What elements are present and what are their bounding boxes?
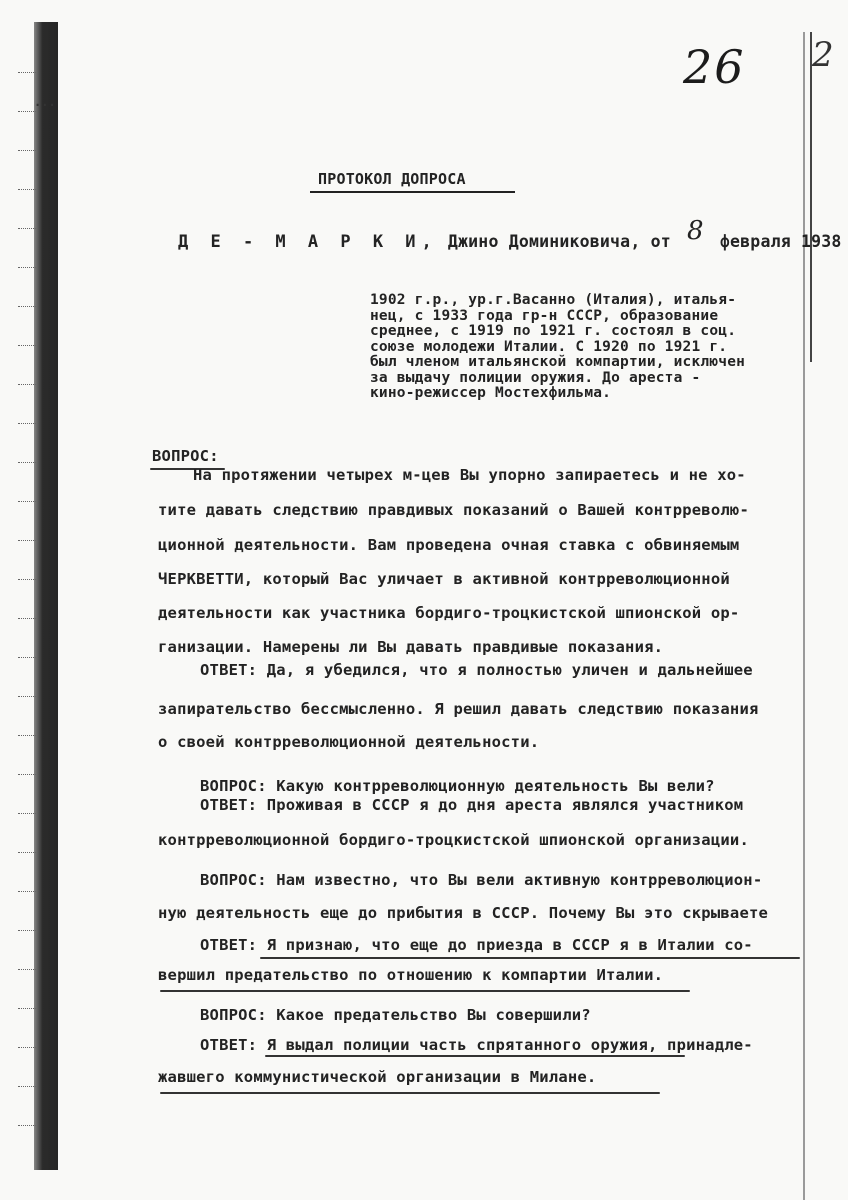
bio-line: среднее, с 1919 по 1921 г. состоял в соц… <box>370 324 736 339</box>
bio-line: был членом итальянской компартии, исключ… <box>370 355 745 370</box>
document-header: Д Е - М А Р К И, Джино Доминиковича, от … <box>178 224 848 254</box>
edge-mark: 2 <box>812 35 834 75</box>
answer-text-line: ОТВЕТ: Я признаю, что еще до приезда в С… <box>200 936 753 954</box>
bio-line: кино-режиссер Мостехфильма. <box>370 386 611 401</box>
page-edge-line <box>803 32 805 1200</box>
answer-text-line: вершил предательство по отношению к комп… <box>158 966 663 984</box>
binding-tick <box>18 930 36 932</box>
binding-tick <box>18 852 36 854</box>
binding-tick <box>18 267 36 269</box>
binding-tick <box>18 384 36 386</box>
binding-tick <box>18 345 36 347</box>
answer-text-line: контрреволюционной бордиго-троцкистской … <box>158 831 749 849</box>
answer-text-line: ОТВЕТ: Проживая в СССР я до дня ареста я… <box>200 796 743 814</box>
binding-tick <box>18 891 36 893</box>
binding-mark: ... <box>34 95 56 109</box>
binding-tick <box>18 1086 36 1088</box>
question-text-line: деятельности как участника бордиго-троцк… <box>158 604 739 622</box>
binding-tick <box>18 774 36 776</box>
binding-tick <box>18 501 36 503</box>
binding-tick <box>18 111 36 113</box>
question-label: ВОПРОС: <box>152 447 219 465</box>
document-title: ПРОТОКОЛ ДОПРОСА <box>318 170 466 188</box>
bio-line: 1902 г.р., ур.г.Васанно (Италия), италья… <box>370 293 736 308</box>
binding-tick <box>18 1125 36 1127</box>
binding-tick <box>18 735 36 737</box>
binding-tick <box>18 579 36 581</box>
answer-text-line: ОТВЕТ: Да, я убедился, что я полностью у… <box>200 661 753 679</box>
binding-tick <box>18 1047 36 1049</box>
binding-tick <box>18 72 36 74</box>
question-text-line: ВОПРОС: Какую контрреволюционную деятель… <box>200 777 715 795</box>
binding-tick <box>18 618 36 620</box>
binding-tick <box>18 228 36 230</box>
question-text-line: ВОПРОС: Нам известно, что Вы вели активн… <box>200 871 762 889</box>
question-text-line: тите давать следствию правдивых показани… <box>158 501 749 519</box>
binding-tick <box>18 150 36 152</box>
from-label: от <box>651 232 671 251</box>
binding-tick <box>18 696 36 698</box>
bio-line: союзе молодежи Италии. С 1920 по 1921 г. <box>370 340 727 355</box>
binding-tick <box>18 462 36 464</box>
binding-tick <box>18 813 36 815</box>
binding-tick <box>18 1008 36 1010</box>
question-text-line: ную деятельность еще до прибытия в СССР.… <box>158 904 768 922</box>
hand-underline <box>160 990 690 992</box>
question-text-line: ганизации. Намерены ли Вы давать правдив… <box>158 638 663 656</box>
answer-text-line: о своей контрреволюционной деятельности. <box>158 733 539 751</box>
hand-underline <box>260 957 800 959</box>
subject-name: Джино Доминиковича, <box>448 232 641 251</box>
answer-text-line: жавшего коммунистической организации в М… <box>158 1068 596 1086</box>
folio-number: 26 <box>683 40 746 94</box>
binding-tick <box>18 306 36 308</box>
binding-strip <box>34 22 58 1170</box>
subject-surname: Д Е - М А Р К И, <box>178 232 438 252</box>
bio-line: за выдачу полиции оружия. До ареста - <box>370 371 700 386</box>
bio-line: нец, с 1933 года гр-н СССР, образование <box>370 309 718 324</box>
answer-text-line: запирательство бессмысленно. Я решил дав… <box>158 700 759 718</box>
binding-tick <box>18 969 36 971</box>
question-text-line: На протяжении четырех м-цев Вы упорно за… <box>193 466 746 484</box>
title-underline <box>310 191 515 193</box>
question-text-line: ВОПРОС: Какое предательство Вы совершили… <box>200 1006 591 1024</box>
hand-underline <box>265 1055 685 1057</box>
question-text-line: ционной деятельности. Вам проведена очна… <box>158 536 739 554</box>
binding-tick <box>18 657 36 659</box>
hand-underline <box>160 1092 660 1094</box>
binding-tick <box>18 423 36 425</box>
document-page: ... 2 26 ПРОТОКОЛ ДОПРОСА Д Е - М А Р К … <box>0 0 848 1200</box>
handwritten-day: 8 <box>687 216 704 246</box>
page-edge-line <box>810 32 812 362</box>
date-rest: февраля 1938 г. <box>720 232 848 251</box>
binding-tick <box>18 540 36 542</box>
binding-tick <box>18 189 36 191</box>
answer-text-line: ОТВЕТ: Я выдал полиции часть спрятанного… <box>200 1036 753 1054</box>
question-text-line: ЧЕРКВЕТТИ, который Вас уличает в активно… <box>158 570 730 588</box>
